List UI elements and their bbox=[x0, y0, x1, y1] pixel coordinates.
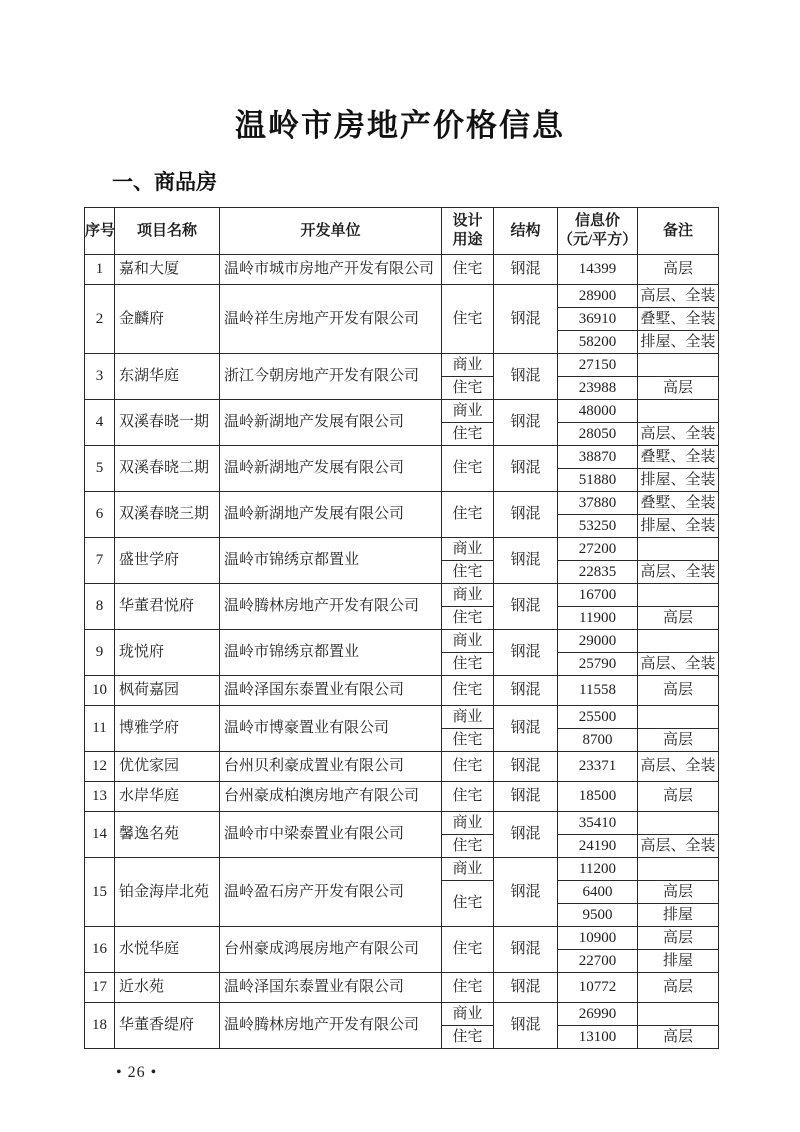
table-row: 16水悦华庭台州豪成鸿展房地产有限公司住宅钢混10900高层 bbox=[85, 927, 719, 950]
cell-price: 13100 bbox=[558, 1026, 638, 1049]
cell-note: 高层 bbox=[638, 973, 719, 1003]
table-row: 10枫荷嘉园温岭泽国东泰置业有限公司住宅钢混11558高层 bbox=[85, 676, 719, 706]
cell-structure: 钢混 bbox=[494, 752, 558, 782]
cell-note: 高层、全装 bbox=[638, 561, 719, 584]
cell-note: 高层、全装 bbox=[638, 835, 719, 858]
cell-no: 8 bbox=[85, 584, 115, 630]
cell-price: 26990 bbox=[558, 1003, 638, 1026]
cell-price: 22835 bbox=[558, 561, 638, 584]
cell-note: 高层 bbox=[638, 1026, 719, 1049]
cell-project-name: 馨逸名苑 bbox=[115, 812, 220, 858]
cell-no: 4 bbox=[85, 400, 115, 446]
cell-price: 28050 bbox=[558, 423, 638, 446]
cell-note: 叠墅、全装 bbox=[638, 308, 719, 331]
cell-note: 高层 bbox=[638, 782, 719, 812]
cell-design-use: 住宅 bbox=[442, 729, 494, 752]
cell-structure: 钢混 bbox=[494, 706, 558, 752]
cell-design-use: 商业 bbox=[442, 858, 494, 881]
cell-structure: 钢混 bbox=[494, 630, 558, 676]
table-row: 6双溪春晓三期温岭新湖地产发展有限公司住宅钢混37880叠墅、全装 bbox=[85, 492, 719, 515]
cell-project-name: 水悦华庭 bbox=[115, 927, 220, 973]
header-cell-project-name: 项目名称 bbox=[115, 208, 220, 255]
cell-note: 高层、全装 bbox=[638, 752, 719, 782]
cell-structure: 钢混 bbox=[494, 354, 558, 400]
cell-price: 9500 bbox=[558, 904, 638, 927]
cell-design-use: 住宅 bbox=[442, 973, 494, 1003]
cell-developer: 温岭腾林房地产开发有限公司 bbox=[220, 1003, 442, 1049]
cell-note: 排屋、全装 bbox=[638, 331, 719, 354]
cell-note: 高层 bbox=[638, 255, 719, 285]
table-row: 9珑悦府温岭市锦绣京都置业商业钢混29000 bbox=[85, 630, 719, 653]
cell-note: 高层 bbox=[638, 607, 719, 630]
cell-project-name: 嘉和大厦 bbox=[115, 255, 220, 285]
cell-no: 10 bbox=[85, 676, 115, 706]
cell-structure: 钢混 bbox=[494, 400, 558, 446]
cell-note bbox=[638, 400, 719, 423]
cell-note bbox=[638, 630, 719, 653]
table-row: 14馨逸名苑温岭市中梁泰置业有限公司商业钢混35410 bbox=[85, 812, 719, 835]
cell-developer: 温岭腾林房地产开发有限公司 bbox=[220, 584, 442, 630]
cell-no: 16 bbox=[85, 927, 115, 973]
cell-project-name: 华董香缇府 bbox=[115, 1003, 220, 1049]
cell-price: 25790 bbox=[558, 653, 638, 676]
cell-design-use: 商业 bbox=[442, 706, 494, 729]
price-table: 序号项目名称开发单位设计 用途结构信息价 （元/平方）备注 1嘉和大厦温岭市城市… bbox=[84, 207, 719, 1049]
table-row: 18华董香缇府温岭腾林房地产开发有限公司商业钢混26990 bbox=[85, 1003, 719, 1026]
cell-design-use: 住宅 bbox=[442, 752, 494, 782]
header-cell-price: 信息价 （元/平方） bbox=[558, 208, 638, 255]
cell-no: 18 bbox=[85, 1003, 115, 1049]
table-header-row: 序号项目名称开发单位设计 用途结构信息价 （元/平方）备注 bbox=[85, 208, 719, 255]
cell-developer: 温岭新湖地产发展有限公司 bbox=[220, 492, 442, 538]
cell-developer: 温岭泽国东泰置业有限公司 bbox=[220, 973, 442, 1003]
cell-price: 11200 bbox=[558, 858, 638, 881]
cell-note bbox=[638, 858, 719, 881]
cell-no: 3 bbox=[85, 354, 115, 400]
cell-note: 排屋、全装 bbox=[638, 469, 719, 492]
cell-note: 排屋 bbox=[638, 904, 719, 927]
cell-design-use: 商业 bbox=[442, 1003, 494, 1026]
cell-developer: 温岭盈石房产开发有限公司 bbox=[220, 858, 442, 927]
cell-price: 10772 bbox=[558, 973, 638, 1003]
cell-no: 12 bbox=[85, 752, 115, 782]
cell-design-use: 住宅 bbox=[442, 377, 494, 400]
cell-developer: 台州豪成柏澳房地产有限公司 bbox=[220, 782, 442, 812]
cell-no: 7 bbox=[85, 538, 115, 584]
cell-design-use: 商业 bbox=[442, 538, 494, 561]
cell-project-name: 铂金海岸北苑 bbox=[115, 858, 220, 927]
cell-developer: 温岭市锦绣京都置业 bbox=[220, 538, 442, 584]
table-body: 1嘉和大厦温岭市城市房地产开发有限公司住宅钢混14399高层2金麟府温岭祥生房地… bbox=[85, 255, 719, 1049]
table-row: 7盛世学府温岭市锦绣京都置业商业钢混27200 bbox=[85, 538, 719, 561]
section-heading: 一、商品房 bbox=[112, 166, 800, 196]
cell-price: 10900 bbox=[558, 927, 638, 950]
cell-project-name: 金麟府 bbox=[115, 285, 220, 354]
header-cell-developer: 开发单位 bbox=[220, 208, 442, 255]
table-row: 15铂金海岸北苑温岭盈石房产开发有限公司商业钢混11200 bbox=[85, 858, 719, 881]
cell-note: 高层、全装 bbox=[638, 285, 719, 308]
cell-note bbox=[638, 706, 719, 729]
cell-project-name: 双溪春晓二期 bbox=[115, 446, 220, 492]
cell-note bbox=[638, 354, 719, 377]
cell-price: 38870 bbox=[558, 446, 638, 469]
table-row: 2金麟府温岭祥生房地产开发有限公司住宅钢混28900高层、全装 bbox=[85, 285, 719, 308]
cell-structure: 钢混 bbox=[494, 782, 558, 812]
cell-developer: 台州豪成鸿展房地产有限公司 bbox=[220, 927, 442, 973]
cell-note: 叠墅、全装 bbox=[638, 446, 719, 469]
cell-price: 14399 bbox=[558, 255, 638, 285]
page-number: • 26 • bbox=[116, 1064, 800, 1082]
cell-developer: 浙江今朝房地产开发有限公司 bbox=[220, 354, 442, 400]
table-row: 1嘉和大厦温岭市城市房地产开发有限公司住宅钢混14399高层 bbox=[85, 255, 719, 285]
cell-project-name: 珑悦府 bbox=[115, 630, 220, 676]
header-cell-structure: 结构 bbox=[494, 208, 558, 255]
table-row: 13水岸华庭台州豪成柏澳房地产有限公司住宅钢混18500高层 bbox=[85, 782, 719, 812]
cell-note: 高层、全装 bbox=[638, 653, 719, 676]
cell-project-name: 双溪春晓三期 bbox=[115, 492, 220, 538]
cell-design-use: 住宅 bbox=[442, 676, 494, 706]
cell-design-use: 住宅 bbox=[442, 1026, 494, 1049]
cell-project-name: 双溪春晓一期 bbox=[115, 400, 220, 446]
cell-design-use: 住宅 bbox=[442, 835, 494, 858]
cell-structure: 钢混 bbox=[494, 973, 558, 1003]
cell-price: 27200 bbox=[558, 538, 638, 561]
table-row: 4双溪春晓一期温岭新湖地产发展有限公司商业钢混48000 bbox=[85, 400, 719, 423]
cell-structure: 钢混 bbox=[494, 676, 558, 706]
cell-note bbox=[638, 812, 719, 835]
cell-no: 14 bbox=[85, 812, 115, 858]
cell-design-use: 住宅 bbox=[442, 446, 494, 492]
cell-design-use: 商业 bbox=[442, 630, 494, 653]
cell-structure: 钢混 bbox=[494, 492, 558, 538]
cell-price: 23371 bbox=[558, 752, 638, 782]
cell-project-name: 盛世学府 bbox=[115, 538, 220, 584]
table-row: 8华董君悦府温岭腾林房地产开发有限公司商业钢混16700 bbox=[85, 584, 719, 607]
cell-note bbox=[638, 584, 719, 607]
cell-developer: 温岭市中梁泰置业有限公司 bbox=[220, 812, 442, 858]
cell-structure: 钢混 bbox=[494, 858, 558, 927]
cell-note: 高层、全装 bbox=[638, 423, 719, 446]
cell-price: 36910 bbox=[558, 308, 638, 331]
table-row: 17近水苑温岭泽国东泰置业有限公司住宅钢混10772高层 bbox=[85, 973, 719, 1003]
header-cell-no: 序号 bbox=[85, 208, 115, 255]
cell-price: 25500 bbox=[558, 706, 638, 729]
cell-structure: 钢混 bbox=[494, 584, 558, 630]
cell-no: 2 bbox=[85, 285, 115, 354]
table-row: 3东湖华庭浙江今朝房地产开发有限公司商业钢混27150 bbox=[85, 354, 719, 377]
cell-price: 6400 bbox=[558, 881, 638, 904]
cell-project-name: 华董君悦府 bbox=[115, 584, 220, 630]
cell-project-name: 枫荷嘉园 bbox=[115, 676, 220, 706]
cell-price: 27150 bbox=[558, 354, 638, 377]
cell-price: 22700 bbox=[558, 950, 638, 973]
cell-no: 1 bbox=[85, 255, 115, 285]
cell-no: 17 bbox=[85, 973, 115, 1003]
cell-note: 高层 bbox=[638, 927, 719, 950]
cell-no: 15 bbox=[85, 858, 115, 927]
cell-structure: 钢混 bbox=[494, 812, 558, 858]
header-cell-design-use: 设计 用途 bbox=[442, 208, 494, 255]
cell-note: 叠墅、全装 bbox=[638, 492, 719, 515]
cell-developer: 温岭新湖地产发展有限公司 bbox=[220, 400, 442, 446]
cell-design-use: 商业 bbox=[442, 354, 494, 377]
cell-structure: 钢混 bbox=[494, 285, 558, 354]
cell-design-use: 住宅 bbox=[442, 782, 494, 812]
table-row: 5双溪春晓二期温岭新湖地产发展有限公司住宅钢混38870叠墅、全装 bbox=[85, 446, 719, 469]
cell-design-use: 住宅 bbox=[442, 285, 494, 354]
table-row: 11博雅学府温岭市博豪置业有限公司商业钢混25500 bbox=[85, 706, 719, 729]
cell-design-use: 住宅 bbox=[442, 423, 494, 446]
cell-developer: 温岭市博豪置业有限公司 bbox=[220, 706, 442, 752]
cell-price: 29000 bbox=[558, 630, 638, 653]
cell-design-use: 住宅 bbox=[442, 255, 494, 285]
cell-developer: 台州贝利豪成置业有限公司 bbox=[220, 752, 442, 782]
cell-price: 16700 bbox=[558, 584, 638, 607]
cell-price: 23988 bbox=[558, 377, 638, 400]
cell-design-use: 商业 bbox=[442, 812, 494, 835]
cell-developer: 温岭泽国东泰置业有限公司 bbox=[220, 676, 442, 706]
cell-project-name: 博雅学府 bbox=[115, 706, 220, 752]
cell-no: 11 bbox=[85, 706, 115, 752]
cell-structure: 钢混 bbox=[494, 927, 558, 973]
cell-project-name: 东湖华庭 bbox=[115, 354, 220, 400]
cell-note: 高层 bbox=[638, 377, 719, 400]
cell-structure: 钢混 bbox=[494, 538, 558, 584]
cell-price: 8700 bbox=[558, 729, 638, 752]
cell-design-use: 商业 bbox=[442, 584, 494, 607]
page-title: 温岭市房地产价格信息 bbox=[0, 0, 800, 145]
cell-design-use: 商业 bbox=[442, 400, 494, 423]
cell-project-name: 近水苑 bbox=[115, 973, 220, 1003]
cell-price: 58200 bbox=[558, 331, 638, 354]
cell-developer: 温岭新湖地产发展有限公司 bbox=[220, 446, 442, 492]
cell-price: 37880 bbox=[558, 492, 638, 515]
cell-design-use: 住宅 bbox=[442, 492, 494, 538]
cell-design-use: 住宅 bbox=[442, 607, 494, 630]
cell-note bbox=[638, 538, 719, 561]
cell-price: 51880 bbox=[558, 469, 638, 492]
cell-price: 35410 bbox=[558, 812, 638, 835]
cell-developer: 温岭祥生房地产开发有限公司 bbox=[220, 285, 442, 354]
cell-design-use: 住宅 bbox=[442, 561, 494, 584]
cell-structure: 钢混 bbox=[494, 446, 558, 492]
cell-no: 9 bbox=[85, 630, 115, 676]
cell-note: 高层 bbox=[638, 729, 719, 752]
cell-structure: 钢混 bbox=[494, 1003, 558, 1049]
cell-price: 24190 bbox=[558, 835, 638, 858]
cell-no: 13 bbox=[85, 782, 115, 812]
cell-price: 53250 bbox=[558, 515, 638, 538]
cell-design-use: 住宅 bbox=[442, 653, 494, 676]
cell-no: 6 bbox=[85, 492, 115, 538]
cell-project-name: 水岸华庭 bbox=[115, 782, 220, 812]
cell-note bbox=[638, 1003, 719, 1026]
cell-developer: 温岭市城市房地产开发有限公司 bbox=[220, 255, 442, 285]
cell-note: 高层 bbox=[638, 676, 719, 706]
cell-note: 排屋 bbox=[638, 950, 719, 973]
cell-note: 排屋、全装 bbox=[638, 515, 719, 538]
cell-design-use: 住宅 bbox=[442, 927, 494, 973]
header-cell-note: 备注 bbox=[638, 208, 719, 255]
cell-project-name: 优优家园 bbox=[115, 752, 220, 782]
cell-developer: 温岭市锦绣京都置业 bbox=[220, 630, 442, 676]
cell-price: 48000 bbox=[558, 400, 638, 423]
cell-note: 高层 bbox=[638, 881, 719, 904]
cell-price: 18500 bbox=[558, 782, 638, 812]
table-row: 12优优家园台州贝利豪成置业有限公司住宅钢混23371高层、全装 bbox=[85, 752, 719, 782]
cell-structure: 钢混 bbox=[494, 255, 558, 285]
cell-no: 5 bbox=[85, 446, 115, 492]
cell-price: 28900 bbox=[558, 285, 638, 308]
document-page: 温岭市房地产价格信息 一、商品房 序号项目名称开发单位设计 用途结构信息价 （元… bbox=[0, 0, 800, 1132]
cell-price: 11900 bbox=[558, 607, 638, 630]
cell-price: 11558 bbox=[558, 676, 638, 706]
cell-design-use: 住宅 bbox=[442, 881, 494, 927]
